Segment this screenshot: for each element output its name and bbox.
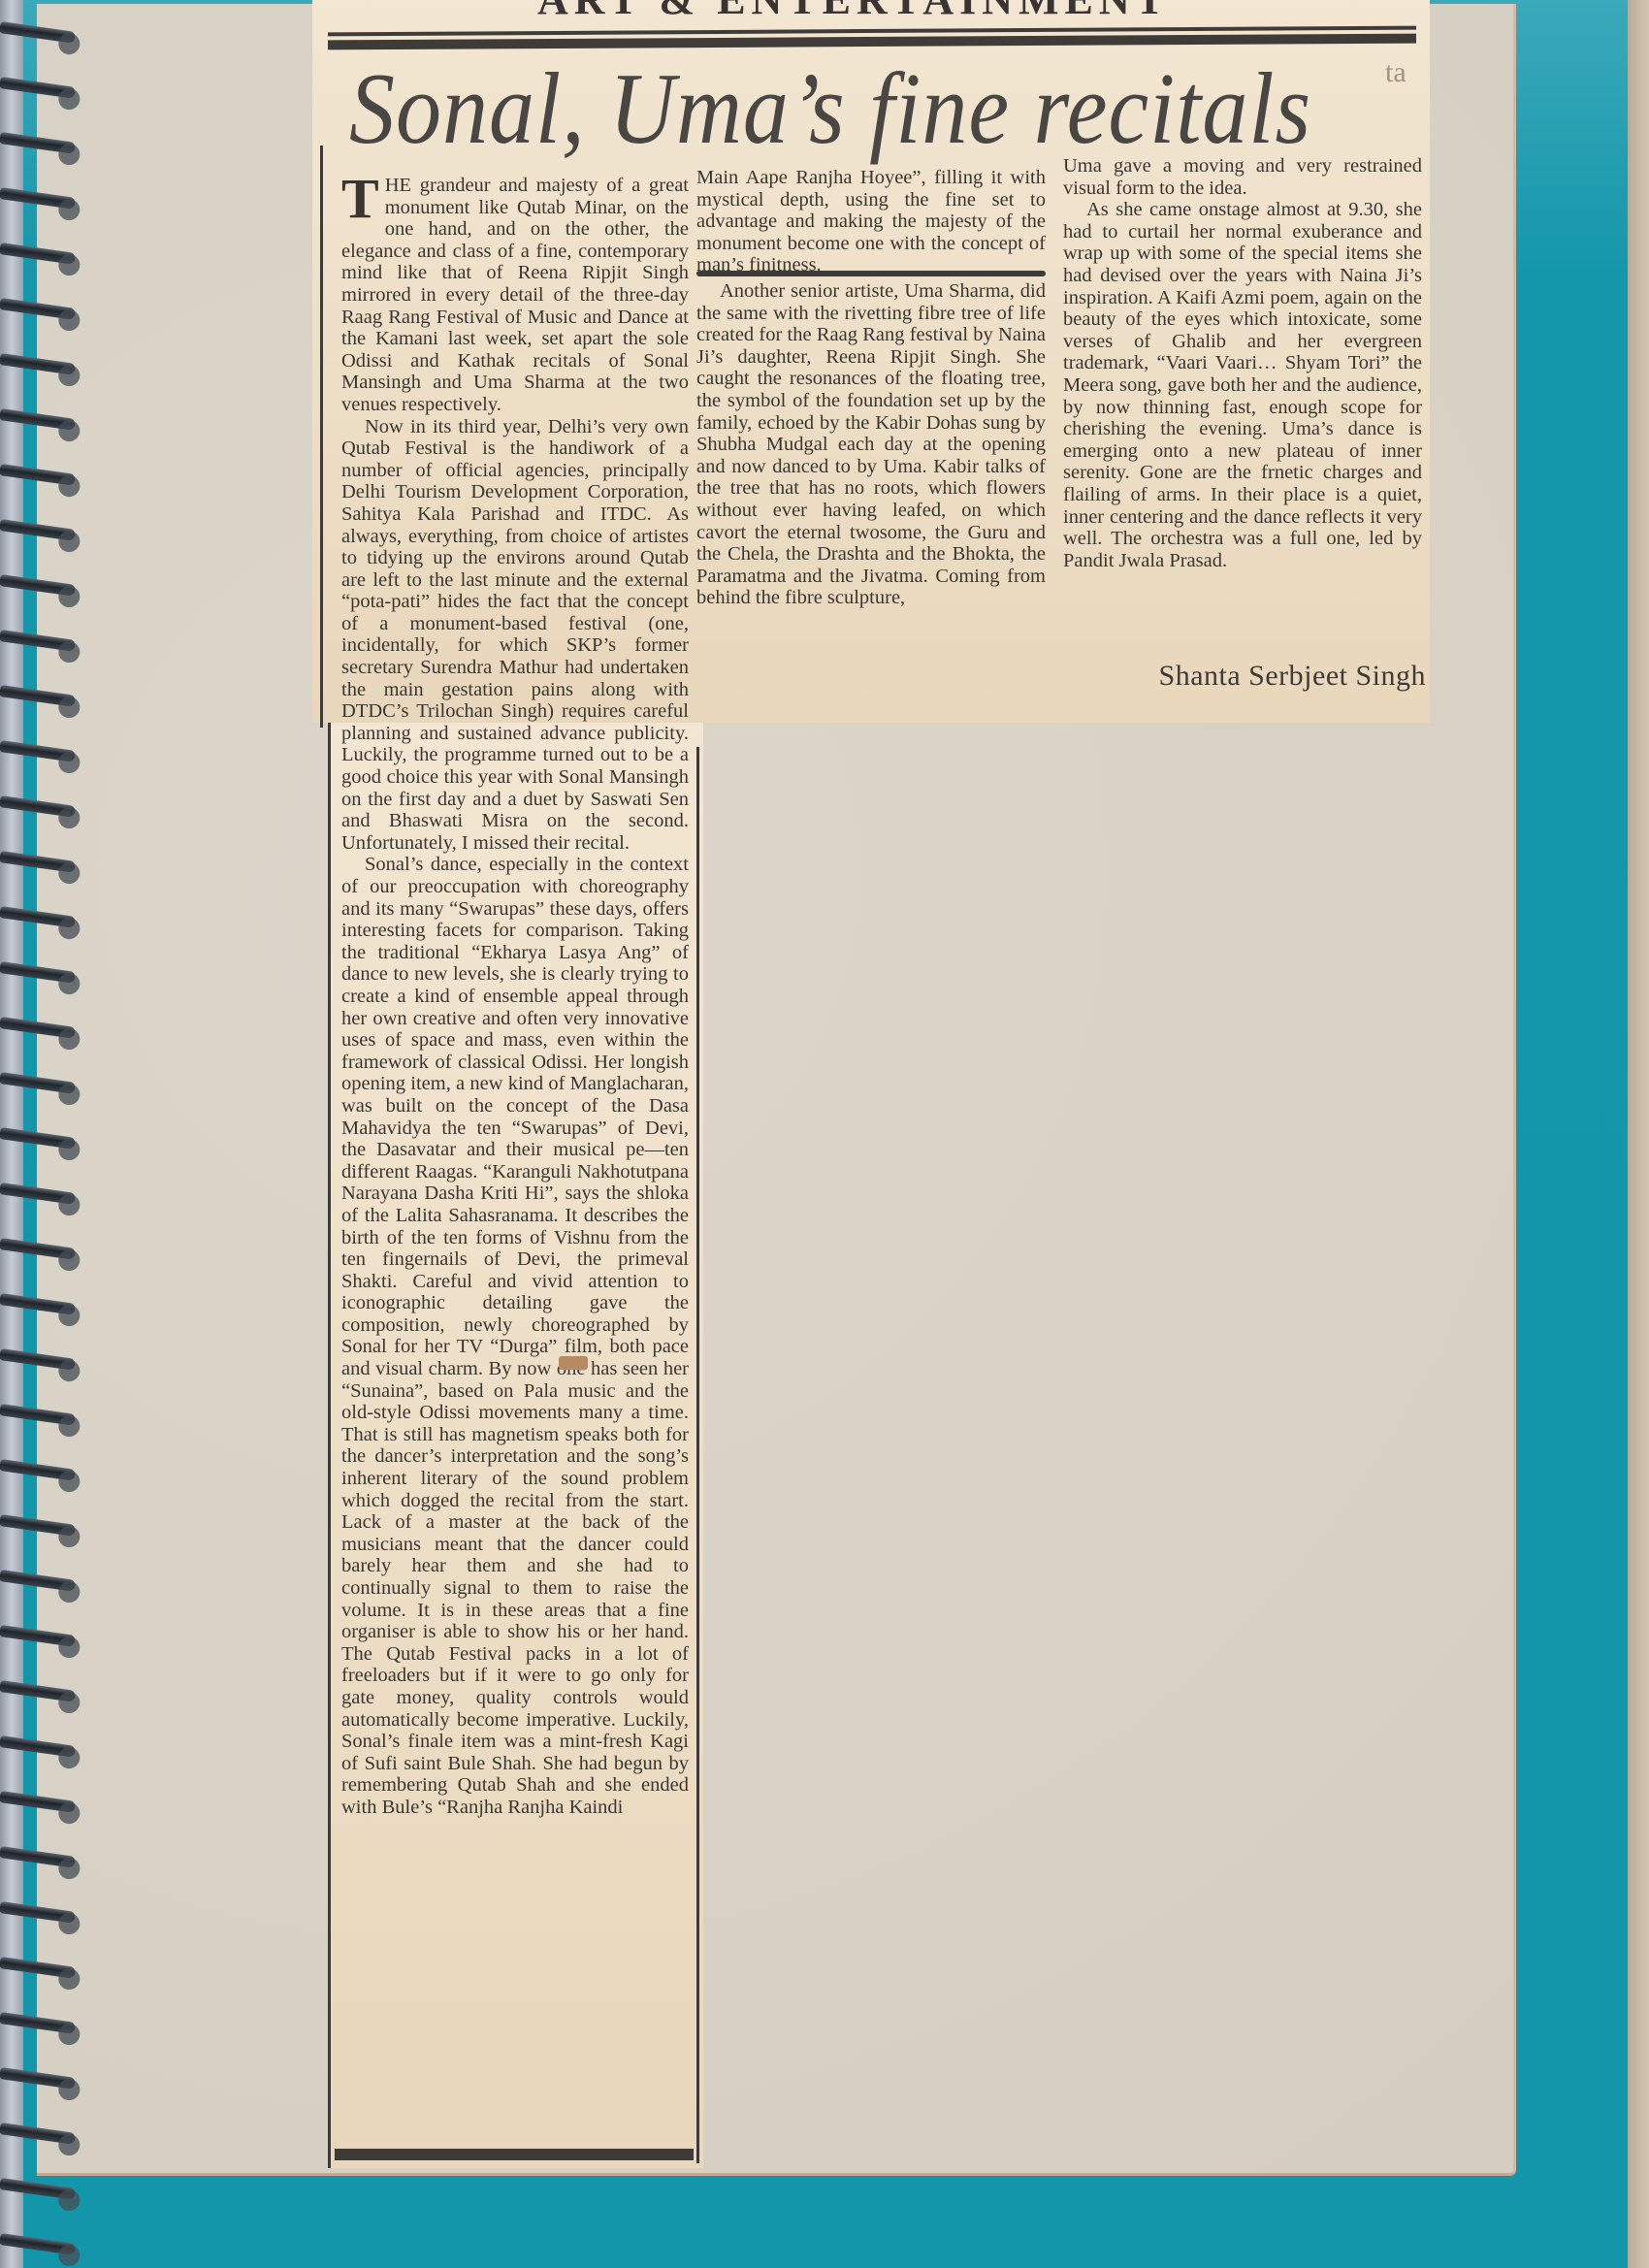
byline: Shanta Serbjeet Singh <box>1106 660 1426 693</box>
article-column-2: Main Aape Ranjha Hoyee”, filling it with… <box>696 167 1046 609</box>
paragraph: Now in its third year, Delhi’s very own … <box>341 416 689 855</box>
bottom-rule <box>335 2149 694 2160</box>
clipping-left-rule <box>320 146 323 728</box>
article-column-3: Uma gave a moving and very restrained vi… <box>1063 155 1422 571</box>
paper-stain <box>559 1356 588 1370</box>
paragraph: Sonal’s dance, especially in the context… <box>341 854 689 1818</box>
section-header: ART & ENTERTAINMENT <box>320 0 1387 19</box>
spiral-binding <box>0 0 87 2268</box>
notebook-cover-edge <box>1628 0 1649 2268</box>
paragraph: Uma gave a moving and very restrained vi… <box>1063 155 1422 199</box>
margin-mark: ta <box>1385 56 1406 89</box>
column-divider <box>696 747 699 2163</box>
article-column-1: T HE grandeur and majesty of a great mon… <box>341 175 689 1819</box>
article-headline: Sonal, Uma’s fine recitals <box>349 50 1368 168</box>
paragraph: As she came onstage almost at 9.30, she … <box>1063 199 1422 571</box>
paragraph: Another senior artiste, Uma Sharma, did … <box>696 280 1046 609</box>
paragraph: Main Aape Ranjha Hoyee”, filling it with… <box>696 167 1046 276</box>
drop-cap: T <box>341 177 379 221</box>
paragraph: HE grandeur and majesty of a great monum… <box>341 175 689 416</box>
